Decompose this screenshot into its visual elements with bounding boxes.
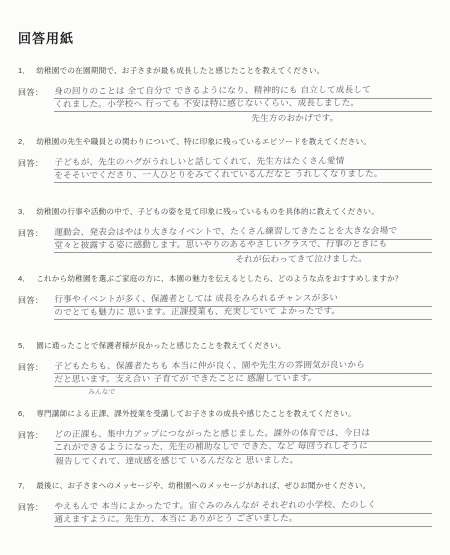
answer-7-label: 回答： <box>18 500 54 527</box>
question-block-6: 6．専門講師による正課、課外授業を受講してお子さまの成長や感じたことを教えてくだ… <box>18 409 432 468</box>
question-block-4: 4．これから幼稚園を選ぶご家庭の方に、本園の魅力を伝えるとしたら、どのような点を… <box>18 274 432 320</box>
answer-3-label: 回答： <box>18 226 54 266</box>
answer-3: 回答： 運動会、発表会はやはり大きなイベントで、たくさん練習してきたことを大きな… <box>18 226 432 266</box>
question-2-text: 2．幼稚園の先生や職員との関わりについて、特に印象に残っているエピソードを教えて… <box>18 137 432 147</box>
question-5-number: 5． <box>18 341 30 350</box>
answer-3-overflow: それが伝わってきて泣けました。 <box>54 253 432 266</box>
question-2-number: 2． <box>18 137 30 146</box>
answer-1: 回答： 身の回りのことは 全て自分で できるようになり、精神的にも 自立して成長… <box>18 85 432 125</box>
question-4-number: 4． <box>18 274 30 283</box>
page-title: 回答用紙 <box>18 28 74 47</box>
answer-7: 回答： やえもんで 本当によかったです。宙ぐみのみんなが それぞれの小学校、たの… <box>18 500 432 527</box>
question-4-text: 4．これから幼稚園を選ぶご家庭の方に、本園の魅力を伝えるとしたら、どのような点を… <box>18 274 432 284</box>
answer-1-label: 回答： <box>18 85 54 125</box>
answer-sheet: 回答用紙 1．幼稚園での在園期間で、お子さまが最も成長したと感じたことを教えてく… <box>0 0 450 555</box>
question-7-text: 7．最後に、お子さまへのメッセージや、幼稚園へのメッセージがあれば、ぜひお聞かせ… <box>18 481 432 491</box>
answer-5-label: 回答： <box>18 360 54 397</box>
question-1-number: 1． <box>18 66 30 75</box>
answer-6-line-2: これができるようになった、先生の補助なしで できた、など 毎回うれしそうに <box>54 442 432 456</box>
question-block-5: 5．園に通ったことで保護者様が良かったと感じたことを教えてください。 回答： 子… <box>18 341 432 397</box>
answer-1-line-2: くれました。小学校へ 行っても 不安は特に感じないくらい、成長しました。 <box>54 99 432 113</box>
answer-2-label: 回答： <box>18 156 54 183</box>
answer-4-line-2: のでとても魅力に 思います。正課授業も、充実していて よかったです。 <box>54 307 432 321</box>
question-block-7: 7．最後に、お子さまへのメッセージや、幼稚園へのメッセージがあれば、ぜひお聞かせ… <box>18 481 432 527</box>
answer-1-overflow: 先生方のおかげです。 <box>54 112 432 125</box>
answer-6: 回答： どの正課も、集中力アップにつながったと感じました。課外の体育では、今日は… <box>18 428 432 468</box>
answer-6-label: 回答： <box>18 428 54 468</box>
question-6-number: 6． <box>18 409 30 418</box>
question-block-3: 3．幼稚園の行事や活動の中で、子どもの姿を見て印象に残っているものを具体的に教え… <box>18 207 432 266</box>
answer-2-line-2: をそそいでくださり、一人ひとりをみてくれているんだなと うれしくなりました。 <box>54 170 432 184</box>
question-1-text: 1．幼稚園での在園期間で、お子さまが最も成長したと感じたことを教えてください。 <box>18 66 432 76</box>
question-3-text: 3．幼稚園の行事や活動の中で、子どもの姿を見て印象に残っているものを具体的に教え… <box>18 207 432 217</box>
answer-5-insertion: みんなで <box>54 387 432 397</box>
question-6-text: 6．専門講師による正課、課外授業を受講してお子さまの成長や感じたことを教えてくだ… <box>18 409 432 419</box>
question-block-1: 1．幼稚園での在園期間で、お子さまが最も成長したと感じたことを教えてください。 … <box>18 66 432 125</box>
answer-3-line-2: 堂々と披露する姿に感動します。思いやりのあるやさしいクラスで、行事のときにも <box>54 240 432 254</box>
question-block-2: 2．幼稚園の先生や職員との関わりについて、特に印象に残っているエピソードを教えて… <box>18 137 432 183</box>
answer-2: 回答： 子どもが、先生のハグがうれしいと話してくれて、先生方はたくさん愛情 をそ… <box>18 156 432 183</box>
answer-5: 回答： 子どもたちも、保護者たちも 本当に仲が良く、園や先生方の雰囲気が良いから… <box>18 360 432 397</box>
answer-6-overflow: 報告してくれて、達成感を感じて いるんだなと 思いました。 <box>54 455 432 468</box>
question-7-number: 7． <box>18 481 30 490</box>
answer-4-label: 回答： <box>18 293 54 320</box>
question-5-text: 5．園に通ったことで保護者様が良かったと感じたことを教えてください。 <box>18 341 432 351</box>
answer-4: 回答： 行事やイベントが多く、保護者としては 成長をみられるチャンスが多い ので… <box>18 293 432 320</box>
answer-7-line-2: 通えますように。先生方、本当に ありがとう ございました。 <box>54 514 432 528</box>
question-3-number: 3． <box>18 207 30 216</box>
